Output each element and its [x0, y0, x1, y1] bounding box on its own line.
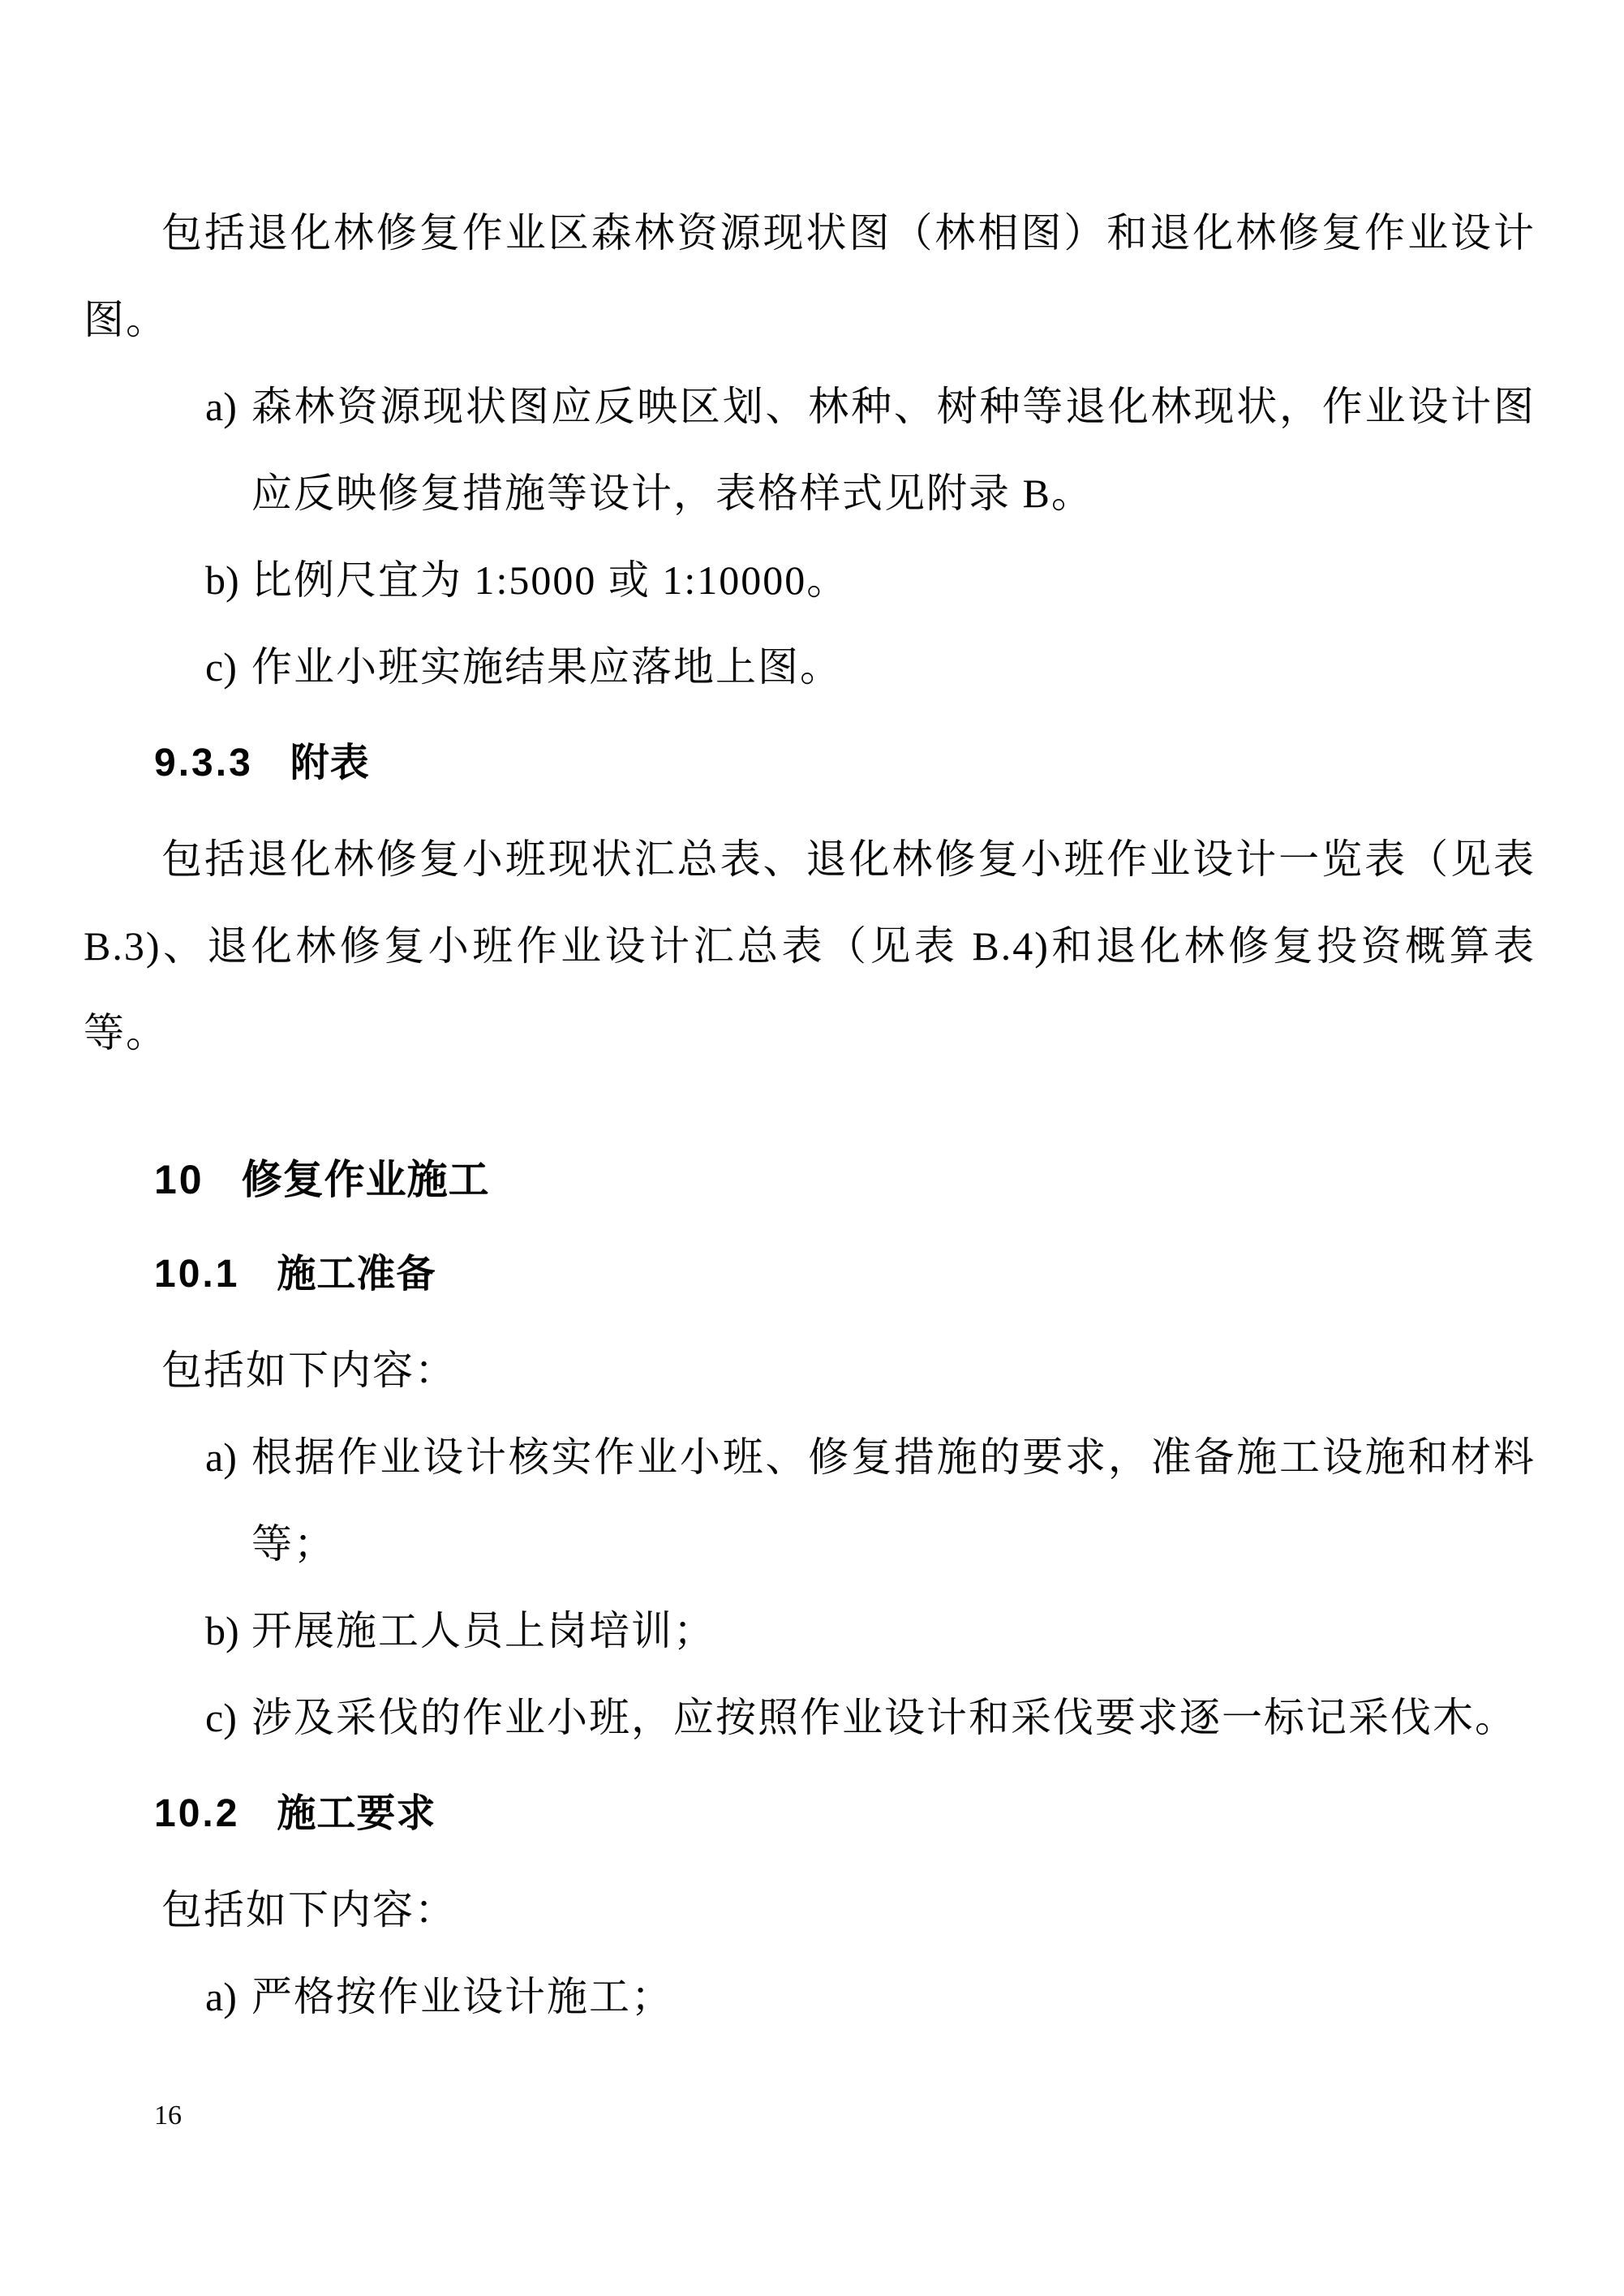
- section-heading-10: 10修复作业施工: [84, 1154, 1536, 1206]
- heading-number: 10.1: [154, 1250, 239, 1299]
- list-item: b) 开展施工人员上岗培训；: [84, 1588, 1536, 1675]
- section-heading-10-1: 10.1施工准备: [84, 1250, 1536, 1299]
- heading-title: 施工要求: [277, 1792, 436, 1835]
- list-item: a) 严格按作业设计施工；: [84, 1954, 1536, 2040]
- list-item-letter: c): [205, 624, 237, 711]
- section-heading-9-3-3: 9.3.3附表: [84, 739, 1536, 788]
- list-item-text: 严格按作业设计施工；: [251, 1974, 673, 2019]
- list-item-letter: a): [205, 1414, 237, 1501]
- page-footer: 16: [154, 2100, 182, 2132]
- list-item-text: 作业小班实施结果应落地上图。: [251, 644, 842, 690]
- list-item-letter: a): [205, 363, 237, 450]
- list-item: c) 作业小班实施结果应落地上图。: [84, 624, 1536, 711]
- list-item-letter: c): [205, 1675, 237, 1761]
- paragraph: 包括如下内容：: [84, 1867, 1536, 1954]
- list-item-text: 比例尺宜为 1:5000 或 1:10000。: [251, 557, 849, 603]
- heading-title: 修复作业施工: [242, 1157, 490, 1202]
- list-item-letter: b): [205, 1588, 239, 1675]
- list-item-text: 开展施工人员上岗培训；: [251, 1608, 715, 1653]
- list-item-text: 涉及采伐的作业小班，应按照作业设计和采伐要求逐一标记采伐木。: [251, 1695, 1517, 1740]
- list-item: c) 涉及采伐的作业小班，应按照作业设计和采伐要求逐一标记采伐木。: [84, 1675, 1536, 1761]
- list-item-text: 根据作业设计核实作业小班、修复措施的要求，准备施工设施和材料等；: [251, 1434, 1536, 1567]
- document-body: 包括退化林修复作业区森林资源现状图（林相图）和退化林修复作业设计图。 a) 森林…: [84, 190, 1536, 2040]
- list-item: a) 根据作业设计核实作业小班、修复措施的要求，准备施工设施和材料等；: [84, 1414, 1536, 1588]
- page-number: 16: [154, 2100, 182, 2130]
- list-item-letter: a): [205, 1954, 237, 2040]
- list-item: b) 比例尺宜为 1:5000 或 1:10000。: [84, 537, 1536, 624]
- list-item-text: 森林资源现状图应反映区划、林种、树种等退化林现状，作业设计图应反映修复措施等设计…: [251, 384, 1536, 516]
- heading-number: 9.3.3: [154, 739, 253, 788]
- paragraph: 包括退化林修复作业区森林资源现状图（林相图）和退化林修复作业设计图。: [84, 190, 1536, 363]
- heading-number: 10: [154, 1154, 204, 1206]
- paragraph: 包括如下内容：: [84, 1327, 1536, 1414]
- section-heading-10-2: 10.2施工要求: [84, 1790, 1536, 1838]
- heading-title: 施工准备: [277, 1253, 436, 1296]
- list-item: a) 森林资源现状图应反映区划、林种、树种等退化林现状，作业设计图应反映修复措施…: [84, 363, 1536, 537]
- list-item-letter: b): [205, 537, 239, 624]
- document-page: 包括退化林修复作业区森林资源现状图（林相图）和退化林修复作业设计图。 a) 森林…: [0, 0, 1624, 2296]
- paragraph: 包括退化林修复小班现状汇总表、退化林修复小班作业设计一览表（见表 B.3)、退化…: [84, 816, 1536, 1077]
- heading-title: 附表: [290, 742, 370, 785]
- heading-number: 10.2: [154, 1790, 239, 1838]
